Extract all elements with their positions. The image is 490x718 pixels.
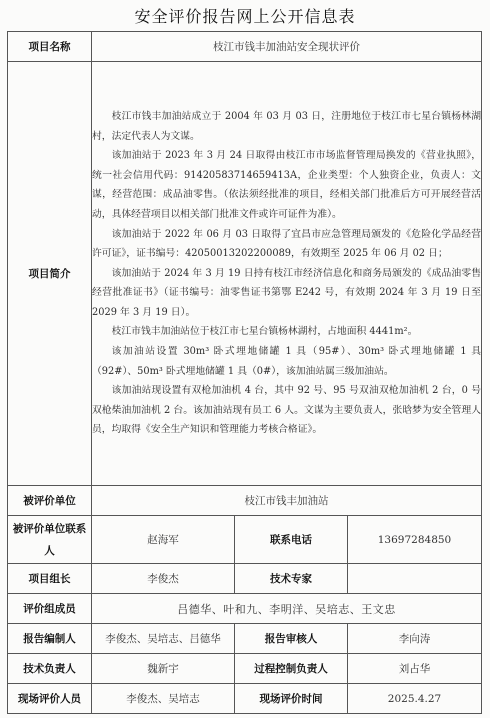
row-onsite: 现场评价人员 李俊杰、吴培志 现场评价时间 2025.4.27 [8,684,482,714]
intro-paragraph: 该加油站设置 30m³ 卧式埋地储罐 1 具（95#）、30m³ 卧式埋地储罐 … [92,342,481,381]
process-control-value: 刘占华 [348,654,482,684]
team-leader-value: 李俊杰 [92,564,235,594]
project-intro-content: 枝江市钱丰加油站成立于 2004 年 03 月 03 日，注册地位于枝江市七星台… [92,62,482,486]
row-tech-lead: 技术负责人 魏新宇 过程控制负责人 刘占华 [8,654,482,684]
contact-person-label: 被评价单位联系人 [8,516,92,564]
tech-lead-label: 技术负责人 [8,654,92,684]
process-control-label: 过程控制负责人 [235,654,348,684]
evaluated-unit-value: 枝江市钱丰加油站 [92,486,482,516]
tech-expert-label: 技术专家 [235,564,348,594]
project-intro-label: 项目简介 [8,62,92,486]
onsite-time-label: 现场评价时间 [235,684,348,714]
intro-paragraph: 枝江市钱丰加油站成立于 2004 年 03 月 03 日，注册地位于枝江市七星台… [92,107,481,146]
project-name-label: 项目名称 [8,32,92,62]
team-leader-label: 项目组长 [8,564,92,594]
phone-label: 联系电话 [235,516,348,564]
intro-paragraph: 该加油站于 2024 年 3 月 19 日持有枝江市经济信息化和商务局颁发的《成… [92,264,481,323]
team-members-value: 吕德华、叶和九、李明洋、吴培志、王文忠 [92,594,482,624]
evaluated-unit-label: 被评价单位 [8,486,92,516]
tech-lead-value: 魏新宇 [92,654,235,684]
intro-paragraph: 该加油站于 2022 年 06 月 03 日取得了宜昌市应急管理局颁发的《危险化… [92,225,481,264]
report-author-value: 李俊杰、吴培志、吕德华 [92,624,235,654]
info-table: 项目名称 枝江市钱丰加油站安全现状评价 项目简介 枝江市钱丰加油站成立于 200… [7,31,482,714]
row-project-name: 项目名称 枝江市钱丰加油站安全现状评价 [8,32,482,62]
onsite-time-value: 2025.4.27 [348,684,482,714]
row-team-leader: 项目组长 李俊杰 技术专家 [8,564,482,594]
contact-person-value: 赵海军 [92,516,235,564]
project-name-value: 枝江市钱丰加油站安全现状评价 [92,32,482,62]
intro-paragraph: 该加油站现设置有双枪加油机 4 台，其中 92 号、95 号双油双枪加油机 2 … [92,381,481,440]
tech-expert-value [348,564,482,594]
report-reviewer-value: 李向涛 [348,624,482,654]
page-title: 安全评价报告网上公开信息表 [0,4,490,27]
row-report-author: 报告编制人 李俊杰、吴培志、吕德华 报告审核人 李向涛 [8,624,482,654]
intro-paragraph: 该加油站于 2023 年 3 月 24 日取得由枝江市市场监督管理局换发的《营业… [92,146,481,224]
onsite-staff-label: 现场评价人员 [8,684,92,714]
report-author-label: 报告编制人 [8,624,92,654]
report-reviewer-label: 报告审核人 [235,624,348,654]
intro-paragraph: 枝江市钱丰加油站位于枝江市七星台镇杨林湖村，占地面积 4441m²。 [92,322,481,342]
row-contact: 被评价单位联系人 赵海军 联系电话 13697284850 [8,516,482,564]
row-project-intro: 项目简介 枝江市钱丰加油站成立于 2004 年 03 月 03 日，注册地位于枝… [8,62,482,486]
phone-value: 13697284850 [348,516,482,564]
team-members-label: 评价组成员 [8,594,92,624]
row-evaluated-unit: 被评价单位 枝江市钱丰加油站 [8,486,482,516]
onsite-staff-value: 李俊杰、吴培志 [92,684,235,714]
row-team-members: 评价组成员 吕德华、叶和九、李明洋、吴培志、王文忠 [8,594,482,624]
